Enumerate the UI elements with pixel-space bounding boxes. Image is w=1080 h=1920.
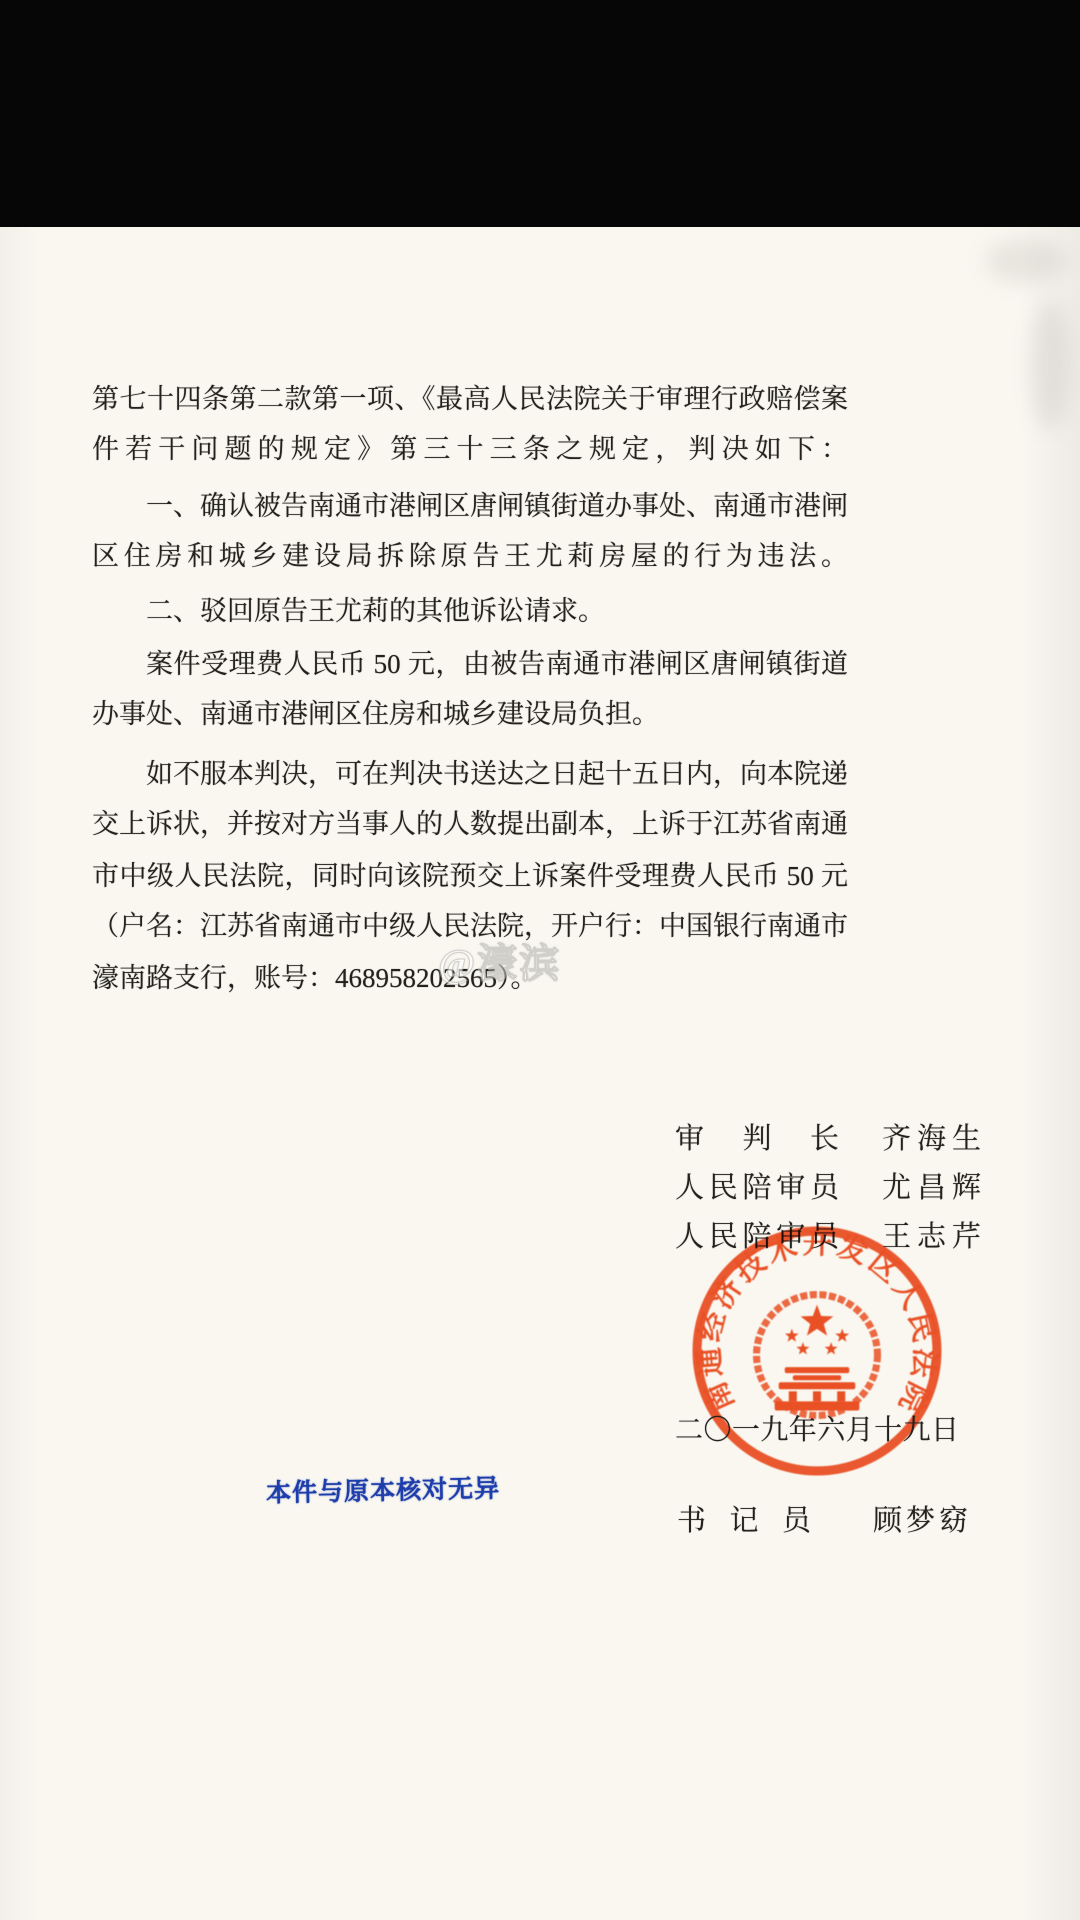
signature-row: 人民陪审员 尤昌辉 — [675, 1161, 987, 1210]
judgment-body: 第七十四条第二款第一项、《最高人民法院关于审理行政赔偿案 件若干问题的规定》第三… — [92, 374, 848, 1003]
top-black-bar — [0, 0, 1080, 227]
body-line: 案件受理费人民币 50 元，由被告南通市港闸区唐闸镇街道 — [92, 639, 848, 689]
signature-role: 审判长 — [675, 1116, 839, 1157]
verification-stamp: 本件与原本核对无异 — [266, 1469, 501, 1510]
body-line: 二、驳回原告王尤莉的其他诉讼请求。 — [92, 586, 848, 636]
judgment-page: 第七十四条第二款第一项、《最高人民法院关于审理行政赔偿案 件若干问题的规定》第三… — [0, 0, 1080, 1920]
body-line: 如不服本判决，可在判决书送达之日起十五日内，向本院递 — [92, 749, 848, 799]
clerk-role: 书记员 — [677, 1498, 811, 1539]
photo-watermark: @濠滨 — [438, 932, 561, 989]
body-line: 第七十四条第二款第一项、《最高人民法院关于审理行政赔偿案 — [92, 374, 848, 424]
signature-row: 审判长 齐海生 — [675, 1112, 987, 1161]
body-line: 交上诉状，并按对方当事人的人数提出副本，上诉于江苏省南通 — [92, 799, 848, 849]
signature-name: 尤昌辉 — [882, 1165, 987, 1206]
signature-name: 齐海生 — [882, 1116, 987, 1157]
judgment-date: 二〇一九年六月十九日 — [675, 1408, 959, 1448]
clerk-name: 顾梦窈 — [873, 1498, 972, 1539]
signature-role: 人民陪审员 — [675, 1165, 839, 1206]
scan-smudge — [1030, 300, 1070, 430]
body-line: 市中级人民法院，同时向该院预交上诉案件受理费人民币 50 元 — [92, 851, 848, 901]
seal-national-emblem — [775, 1305, 860, 1411]
body-line: 一、确认被告南通市港闸区唐闸镇街道办事处、南通市港闸 — [92, 481, 848, 531]
body-line: 办事处、南通市港闸区住房和城乡建设局负担。 — [92, 689, 848, 739]
body-line: 件若干问题的规定》第三十三条之规定，判决如下： — [92, 424, 848, 474]
body-line: 区住房和城乡建设局拆除原告王尤莉房屋的行为违法。 — [92, 531, 848, 581]
clerk-row: 书记员 顾梦窈 — [677, 1498, 972, 1539]
scan-smudge — [985, 238, 1065, 284]
